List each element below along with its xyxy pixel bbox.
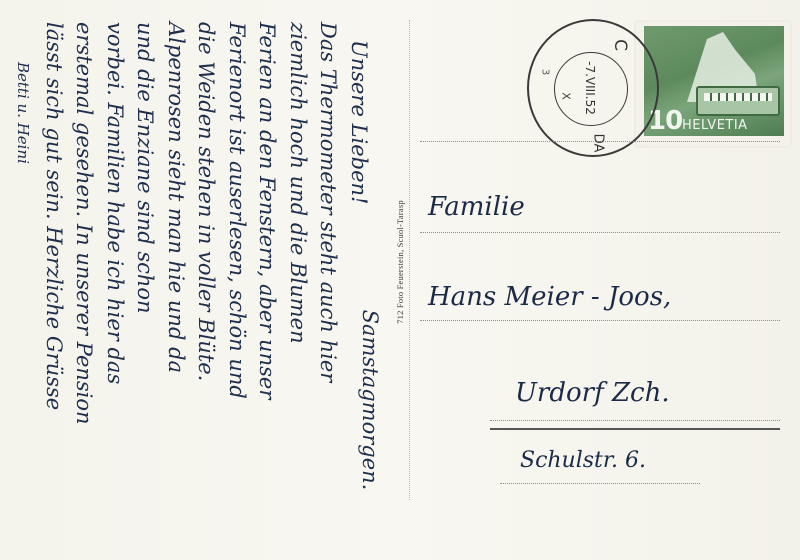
message-line: Das Thermometer steht auch hier [313,22,344,542]
address-rule [490,420,780,421]
address-line-2: Hans Meier - Joos, [428,282,671,312]
address-rule [420,141,780,142]
message-line: und die Enziane sind schon [130,22,161,542]
postage-stamp: 10 HELVETIA [636,22,790,146]
postmark-number: 3 [540,69,551,75]
message-signoff: Betti u. Heini [8,22,39,542]
address-underline [490,428,780,430]
message-line: Alpenrosen sieht man hie und da [161,22,192,542]
message-line: die Weiden stehen in voller Blüte. [191,22,222,542]
postcard: Unsere Lieben! Das Thermometer steht auc… [0,0,800,560]
address-line-4: Schulstr. 6. [520,448,646,473]
center-divider [409,20,410,500]
address-rule [500,483,700,484]
address-rule [420,320,780,321]
train-icon [696,86,780,116]
message-line: Ferien an den Fenstern, aber unser [252,22,283,542]
address-line-3: Urdorf Zch. [515,378,670,408]
postmark-town-bottom: DA [591,134,606,153]
message-line: vorbei. Familien habe ich hier das [100,22,131,542]
message-line: erstemal gesehen. In unserer Pension [69,22,100,542]
message-line: lässt sich gut sein. Herzliche Grüsse [39,22,70,542]
stamp-country: HELVETIA [682,118,748,133]
message-line: Ferienort ist auserlesen, schön und [222,22,253,542]
postmark-hour: X [560,92,573,100]
address-rule [420,232,780,233]
publisher-imprint: 712 Foto Feuerstein, Scuol-Tarasp [395,200,405,324]
message-dateline: Samstagmorgen. [358,310,382,491]
postmark-date: -7.VIII.52 [583,61,597,115]
stamp-image: 10 HELVETIA [644,26,784,136]
postmark-town-top: C [610,39,630,51]
handwritten-message: Unsere Lieben! Das Thermometer steht auc… [8,22,374,542]
address-line-1: Familie [428,192,525,222]
message-line: ziemlich hoch und die Blumen [283,22,314,542]
